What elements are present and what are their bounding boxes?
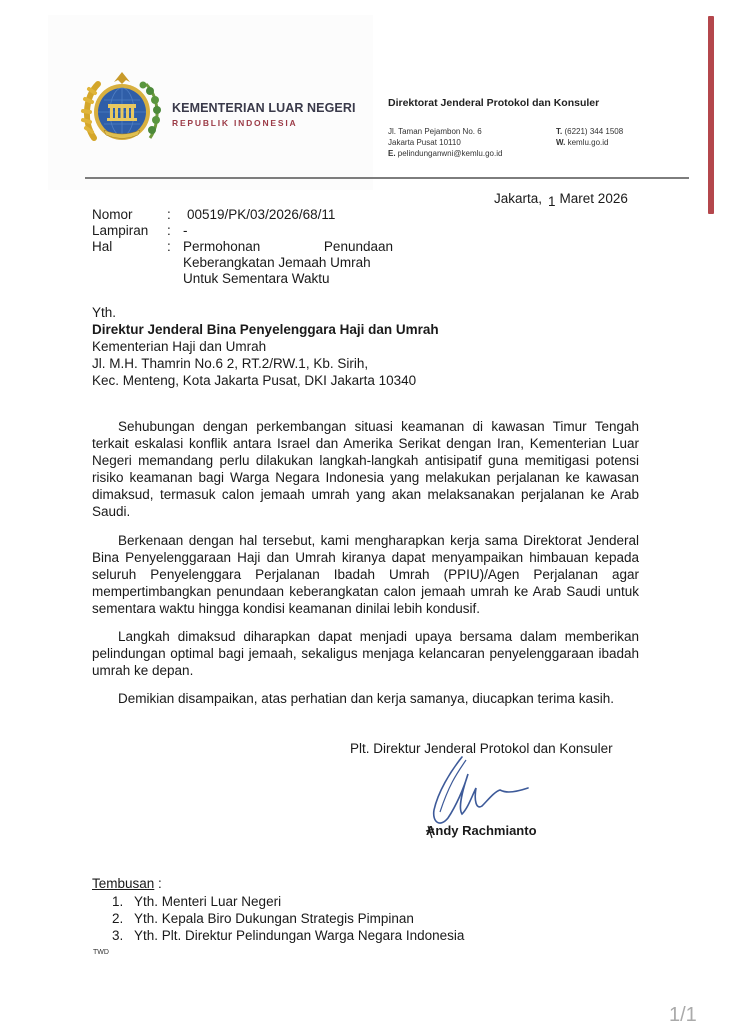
page-indicator: 1/1 bbox=[669, 1004, 697, 1024]
phone-number: (6221) 344 1508 bbox=[564, 127, 623, 136]
nomor-label: Nomor bbox=[92, 207, 167, 223]
cc-item-number: 2. bbox=[112, 910, 134, 927]
address-block: Jl. Taman Pejambon No. 6 Jakarta Pusat 1… bbox=[388, 126, 502, 159]
address-line-1: Jl. Taman Pejambon No. 6 bbox=[388, 126, 502, 137]
recipient-title: Direktur Jenderal Bina Penyelenggara Haj… bbox=[92, 321, 439, 338]
meta-nomor: Nomor : 00519/PK/03/2026/68/11 bbox=[92, 207, 397, 223]
garuda-emblem-icon bbox=[80, 68, 164, 152]
cc-suffix: : bbox=[154, 876, 162, 891]
hal-value: Permohonan Penundaan Keberangkatan Jemaa… bbox=[183, 239, 393, 287]
hal-line-3: Untuk Sementara Waktu bbox=[183, 271, 393, 287]
hal-colon: : bbox=[167, 239, 183, 287]
vertical-scrollbar[interactable] bbox=[708, 16, 714, 214]
cc-item-number: 3. bbox=[112, 927, 134, 944]
cc-title: Tembusan bbox=[92, 876, 154, 891]
letter-date: Jakarta,1Maret 2026 bbox=[494, 191, 628, 206]
meta-hal: Hal : Permohonan Penundaan Keberangkatan… bbox=[92, 239, 397, 287]
cc-item: 1.Yth. Menteri Luar Negeri bbox=[112, 893, 464, 910]
cc-heading: Tembusan : bbox=[92, 876, 162, 891]
cc-item-text: Yth. Kepala Biro Dukungan Strategis Pimp… bbox=[134, 910, 414, 927]
hal-line-2: Keberangkatan Jemaah Umrah bbox=[183, 255, 393, 271]
cc-item-text: Yth. Menteri Luar Negeri bbox=[134, 893, 281, 910]
letter-meta: Nomor : 00519/PK/03/2026/68/11 Lampiran … bbox=[92, 207, 397, 287]
signer-name: Andy Rachmianto bbox=[426, 823, 537, 838]
web-line: W. kemlu.go.id bbox=[556, 137, 623, 148]
phone-label: T. bbox=[556, 127, 562, 136]
organization-subtitle: REPUBLIK INDONESIA bbox=[172, 118, 297, 128]
phone-line: T. (6221) 344 1508 bbox=[556, 126, 623, 137]
cc-item: 2.Yth. Kepala Biro Dukungan Strategis Pi… bbox=[112, 910, 464, 927]
meta-lampiran: Lampiran : - bbox=[92, 223, 397, 239]
letterhead-divider bbox=[85, 177, 689, 179]
cc-item-text: Yth. Plt. Direktur Pelindungan Warga Neg… bbox=[134, 927, 464, 944]
lampiran-colon: : bbox=[167, 223, 183, 239]
recipient-address-2: Kec. Menteng, Kota Jakarta Pusat, DKI Ja… bbox=[92, 372, 439, 389]
body-paragraph-3: Langkah dimaksud diharapkan dapat menjad… bbox=[92, 628, 639, 679]
date-day: 1 bbox=[548, 194, 556, 209]
paragraph-text: Langkah dimaksud diharapkan dapat menjad… bbox=[92, 628, 639, 679]
lampiran-value: - bbox=[183, 223, 393, 239]
email-line: E. pelindunganwni@kemlu.go.id bbox=[388, 148, 502, 159]
hal-line-1: Permohonan Penundaan bbox=[183, 239, 393, 255]
email-link[interactable]: pelindunganwni@kemlu.go.id bbox=[398, 149, 503, 158]
nomor-colon: : bbox=[167, 207, 183, 223]
recipient-address-1: Jl. M.H. Thamrin No.6 2, RT.2/RW.1, Kb. … bbox=[92, 355, 439, 372]
cc-item-number: 1. bbox=[112, 893, 134, 910]
paragraph-text: Sehubungan dengan perkembangan situasi k… bbox=[92, 418, 639, 520]
web-link[interactable]: kemlu.go.id bbox=[568, 138, 609, 147]
address-line-2: Jakarta Pusat 10110 bbox=[388, 137, 502, 148]
cc-list: 1.Yth. Menteri Luar Negeri 2.Yth. Kepala… bbox=[112, 893, 464, 944]
date-place: Jakarta, bbox=[494, 191, 542, 206]
lampiran-label: Lampiran bbox=[92, 223, 167, 239]
typist-initials: TWD bbox=[93, 949, 109, 956]
organization-name: KEMENTERIAN LUAR NEGERI bbox=[172, 101, 356, 115]
recipient-block: Yth. Direktur Jenderal Bina Penyelenggar… bbox=[92, 304, 439, 389]
paragraph-text: Berkenaan dengan hal tersebut, kami meng… bbox=[92, 532, 639, 617]
closing-sentence: Demikian disampaikan, atas perhatian dan… bbox=[118, 691, 614, 706]
recipient-salutation: Yth. bbox=[92, 304, 439, 321]
contact-block: T. (6221) 344 1508 W. kemlu.go.id bbox=[556, 126, 623, 148]
nomor-value: 00519/PK/03/2026/68/11 bbox=[183, 207, 397, 223]
date-month-year: Maret 2026 bbox=[560, 191, 628, 206]
recipient-institution: Kementerian Haji dan Umrah bbox=[92, 338, 439, 355]
department-title: Direktorat Jenderal Protokol dan Konsule… bbox=[388, 97, 599, 109]
body-paragraph-1: Sehubungan dengan perkembangan situasi k… bbox=[92, 418, 639, 520]
body-paragraph-2: Berkenaan dengan hal tersebut, kami meng… bbox=[92, 532, 639, 617]
hal-label: Hal bbox=[92, 239, 167, 287]
cc-item: 3.Yth. Plt. Direktur Pelindungan Warga N… bbox=[112, 927, 464, 944]
email-label: E. bbox=[388, 149, 396, 158]
web-label: W. bbox=[556, 138, 565, 147]
